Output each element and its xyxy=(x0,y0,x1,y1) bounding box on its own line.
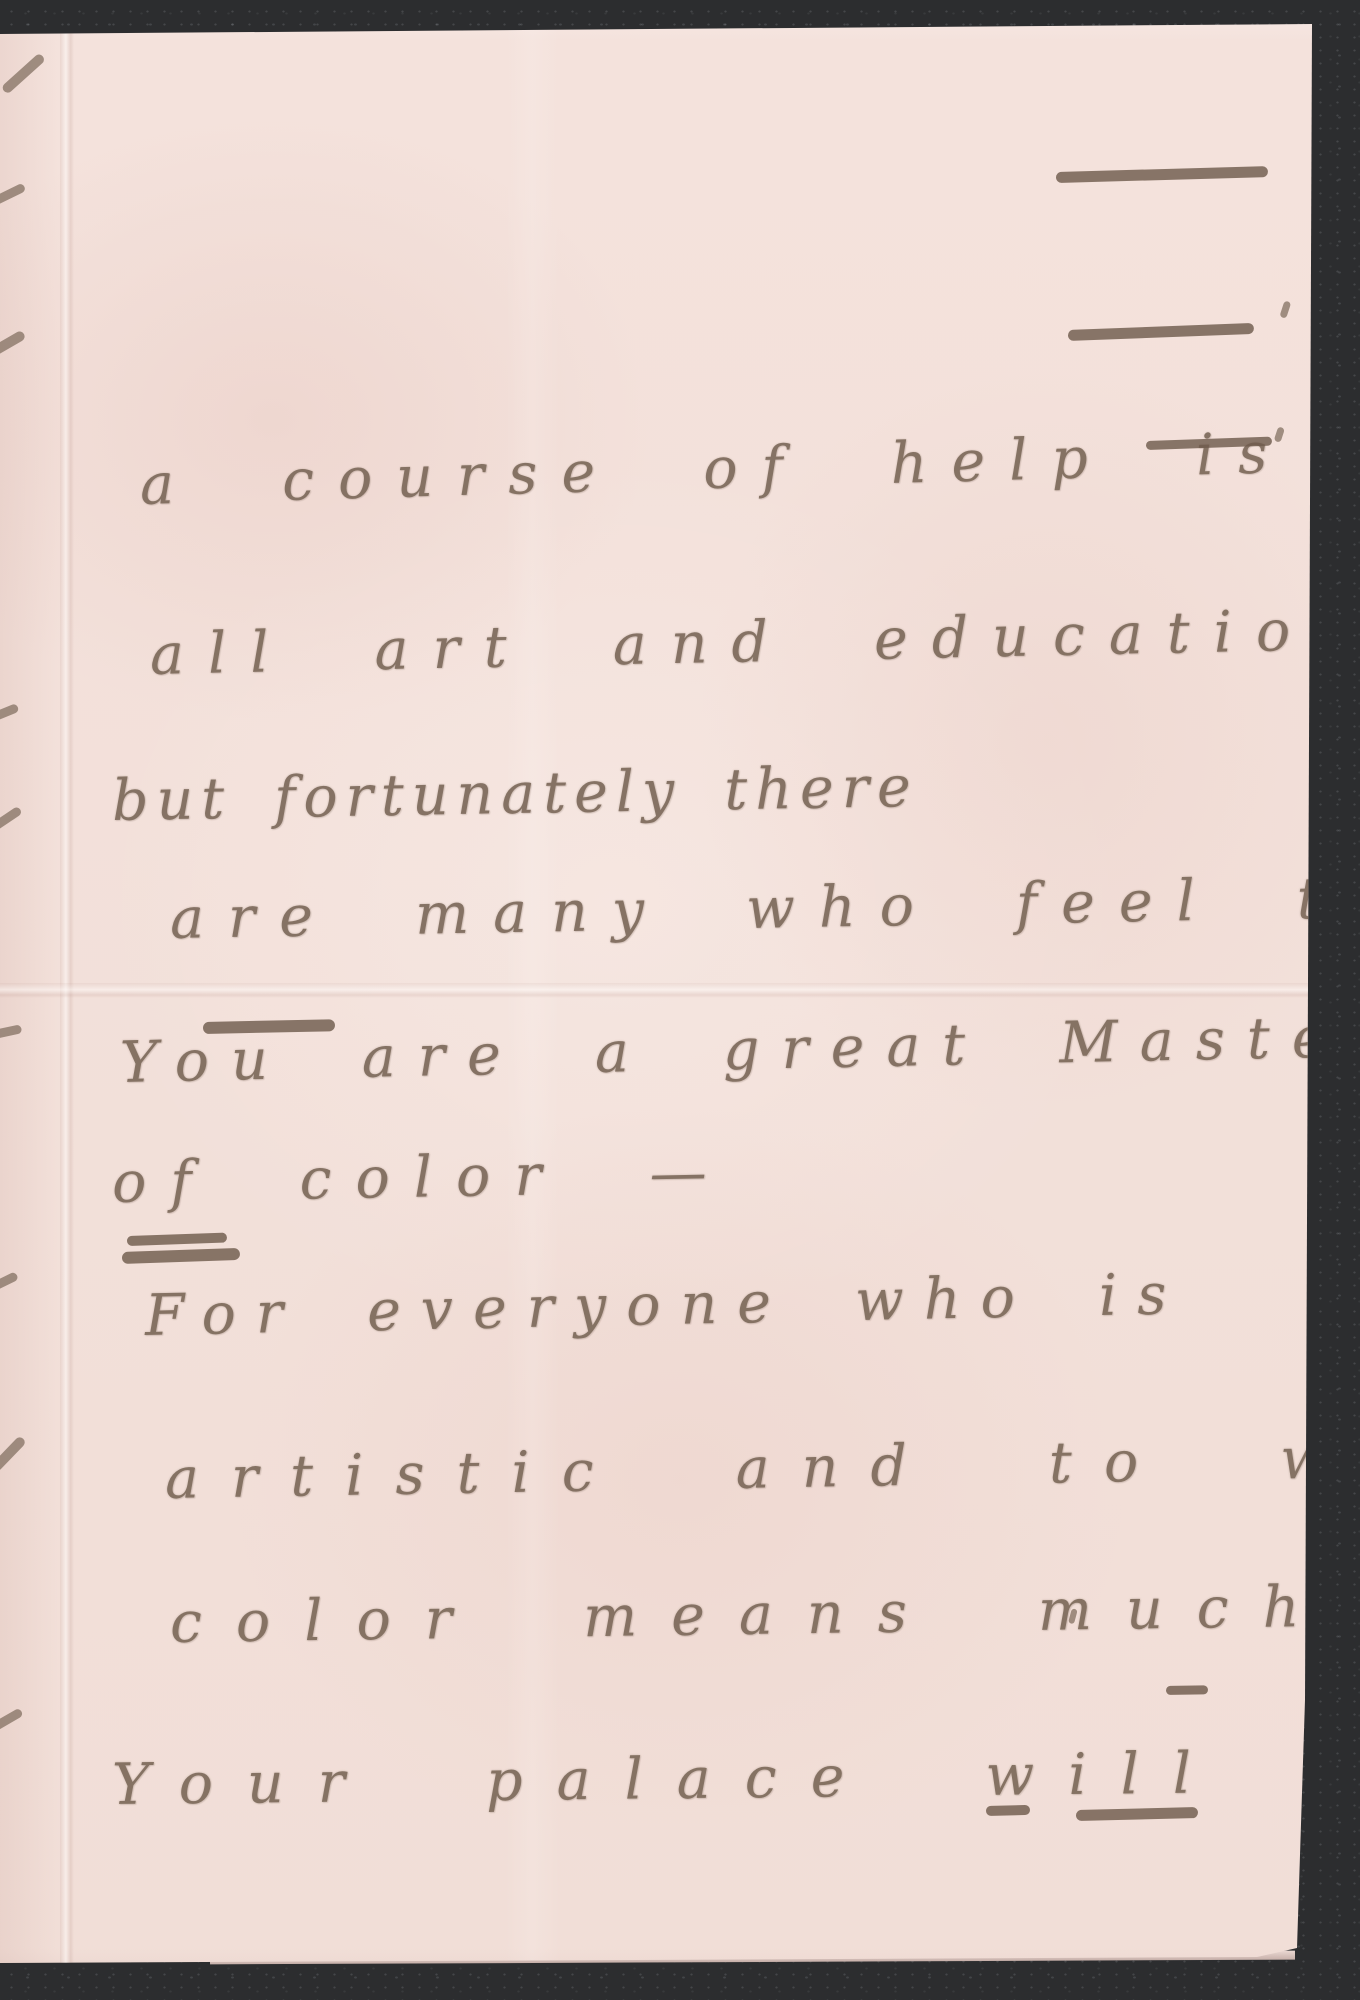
margin-stroke-fragment xyxy=(1,52,46,94)
ink-tick xyxy=(1279,300,1291,318)
margin-stroke-fragment xyxy=(0,1708,24,1733)
margin-stroke-fragment xyxy=(0,1435,27,1472)
faint-vertical-crease xyxy=(505,0,560,2000)
horizontal-fold-crease xyxy=(0,983,1320,998)
ink-underline xyxy=(1068,323,1254,341)
vertical-fold-crease xyxy=(60,0,74,2000)
ink-underline xyxy=(1056,166,1268,183)
handwriting-line: a course of help is xyxy=(139,420,1292,518)
ink-underline xyxy=(122,1248,240,1264)
margin-stroke-fragment xyxy=(0,1024,22,1039)
margin-stroke-fragment xyxy=(0,703,20,723)
handwriting-line: You are a great Master xyxy=(119,1003,1360,1096)
ink-dash xyxy=(1076,1807,1198,1821)
handwriting-line: but fortunately there xyxy=(111,754,919,834)
letter-page: a course of help is all art and educatio… xyxy=(0,0,1360,2000)
photo-background: a course of help is all art and educatio… xyxy=(0,0,1360,2000)
handwriting-line: a realized dream xyxy=(0,0,137,19)
handwriting-line: Your palace will be xyxy=(112,1738,1360,1818)
handwriting-line: color means much, xyxy=(170,1573,1360,1656)
handwriting-line: only seen once — xyxy=(0,0,141,19)
handwriting-line: artistic and to whom xyxy=(164,1421,1360,1512)
handwriting-line: of joy. even if xyxy=(0,0,107,19)
margin-stroke-fragment xyxy=(0,1271,19,1292)
handwriting-line: of color — xyxy=(111,1139,731,1216)
ink-underline xyxy=(127,1233,227,1246)
ink-dash xyxy=(986,1805,1030,1816)
ink-dash xyxy=(1166,1685,1208,1695)
handwriting-line: are many who feel this. xyxy=(169,862,1360,952)
handwriting-line: all art and education xyxy=(149,596,1360,688)
margin-stroke-fragment xyxy=(0,806,23,832)
margin-stroke-fragment xyxy=(0,183,26,207)
margin-stroke-fragment xyxy=(0,330,26,358)
handwriting-line: For everyone who is xyxy=(144,1261,1187,1349)
